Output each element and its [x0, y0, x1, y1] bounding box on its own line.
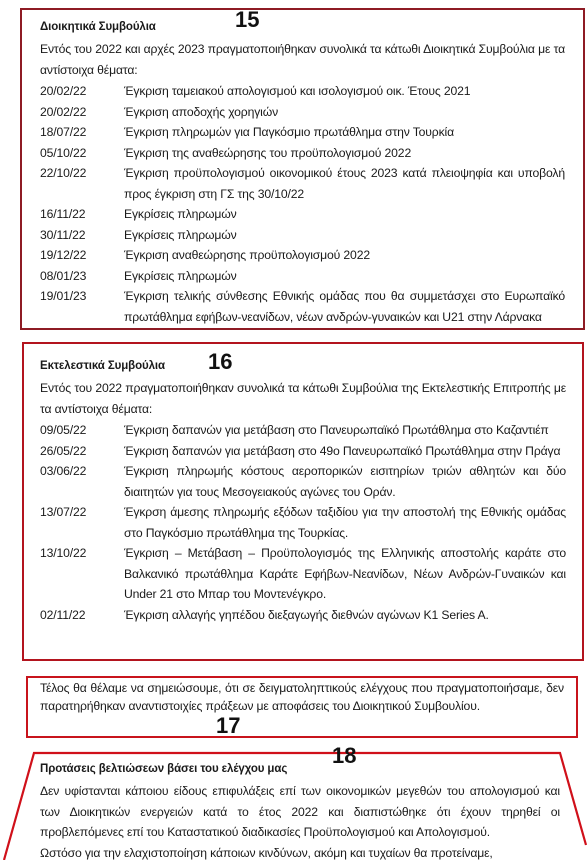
- meeting-entry: 19/01/23Έγκριση τελικής σύνθεσης Εθνικής…: [40, 286, 565, 327]
- meeting-entry: 26/05/22Έγκριση δαπανών για μετάβαση στο…: [40, 441, 566, 462]
- meeting-entry: 13/07/22Έγκρση άμεσης πληρωμής εξόδων τα…: [40, 502, 566, 543]
- meeting-date: 30/11/22: [40, 225, 124, 246]
- meeting-entry: 08/01/23Εγκρίσεις πληρωμών: [40, 266, 565, 287]
- meeting-subject: Έγκριση αλλαγής γηπέδου διεξαγωγής διεθν…: [124, 605, 566, 626]
- meeting-entry: 30/11/22Εγκρίσεις πληρωμών: [40, 225, 565, 246]
- meeting-entry: 22/10/22Έγκριση προϋπολογισμού οικονομικ…: [40, 163, 565, 204]
- meeting-entry: 09/05/22Έγκριση δαπανών για μετάβαση στο…: [40, 420, 566, 441]
- section-15-intro: Εντός του 2022 και αρχές 2023 πραγματοπο…: [40, 39, 565, 80]
- meeting-entry: 19/12/22Έγκριση αναθεώρησης προϋπολογισμ…: [40, 245, 565, 266]
- meeting-date: 20/02/22: [40, 81, 124, 102]
- meeting-date: 19/12/22: [40, 245, 124, 266]
- meeting-subject: Έγκριση της αναθεώρησης του προϋπολογισμ…: [124, 143, 565, 164]
- meeting-date: 09/05/22: [40, 420, 124, 441]
- meeting-subject: Έγκριση πληρωμών για Παγκόσμιο πρωτάθλημ…: [124, 122, 565, 143]
- meeting-subject: Έγκριση αποδοχής χορηγιών: [124, 102, 565, 123]
- meeting-subject: Έγκρση άμεσης πληρωμής εξόδων ταξιδίου γ…: [124, 502, 566, 543]
- meeting-subject: Εγκρίσεις πληρωμών: [124, 225, 565, 246]
- section-15-number: 15: [235, 9, 259, 31]
- section-18-number: 18: [332, 745, 356, 767]
- meeting-subject: Έγκριση δαπανών για μετάβαση στο 49ο Παν…: [124, 441, 566, 462]
- meeting-entry: 13/10/22Έγκριση – Μετάβαση – Προϋπολογισ…: [40, 543, 566, 605]
- meeting-date: 22/10/22: [40, 163, 124, 204]
- section-18-continuation: Ωστόσο για την ελαχιστοποίηση κάποιων κι…: [40, 843, 560, 860]
- meeting-entry: 18/07/22Έγκριση πληρωμών για Παγκόσμιο π…: [40, 122, 565, 143]
- meeting-subject: Έγκριση δαπανών για μετάβαση στο Πανευρω…: [124, 420, 566, 441]
- meeting-date: 08/01/23: [40, 266, 124, 287]
- section-18-paragraph: Δεν υφίστανται κάποιου είδους επιφυλάξει…: [40, 781, 560, 843]
- section-16-intro: Εντός του 2022 πραγματοποιήθηκαν συνολικ…: [40, 378, 566, 419]
- meeting-date: 19/01/23: [40, 286, 124, 327]
- meeting-entry: 20/02/22Έγκριση ταμειακού απολογισμού κα…: [40, 81, 565, 102]
- section-17-note: Τέλος θα θέλαμε να σημειώσουμε, ότι σε δ…: [26, 676, 578, 738]
- section-15-heading: Διοικητικά Συμβούλια: [40, 21, 156, 33]
- meeting-subject: Εγκρίσεις πληρωμών: [124, 266, 565, 287]
- meeting-subject: Έγκριση – Μετάβαση – Προϋπολογισμός της …: [124, 543, 566, 605]
- meeting-date: 13/07/22: [40, 502, 124, 543]
- section-18-heading: Προτάσεις βελτιώσεων βάσει του ελέγχου μ…: [40, 763, 287, 775]
- meeting-date: 05/10/22: [40, 143, 124, 164]
- meeting-subject: Έγκριση τελικής σύνθεσης Εθνικής ομάδας …: [124, 286, 565, 327]
- meeting-date: 26/05/22: [40, 441, 124, 462]
- meeting-entry: 02/11/22Έγκριση αλλαγής γηπέδου διεξαγωγ…: [40, 605, 566, 626]
- section-16-executive-meetings: Εκτελεστικά Συμβούλια 16 Εντός του 2022 …: [22, 342, 584, 661]
- meeting-date: 20/02/22: [40, 102, 124, 123]
- meeting-subject: Έγκριση ταμειακού απολογισμού και ισολογ…: [124, 81, 565, 102]
- meeting-date: 02/11/22: [40, 605, 124, 626]
- meeting-date: 16/11/22: [40, 204, 124, 225]
- meeting-subject: Έγκριση προϋπολογισμού οικονομικού έτους…: [124, 163, 565, 204]
- section-16-heading: Εκτελεστικά Συμβούλια: [40, 360, 165, 372]
- meeting-subject: Έγκριση αναθεώρησης προϋπολογισμού 2022: [124, 245, 565, 266]
- section-15-board-meetings: Διοικητικά Συμβούλια 15 Εντός του 2022 κ…: [20, 8, 585, 330]
- meeting-entry: 05/10/22Έγκριση της αναθεώρησης του προϋ…: [40, 143, 565, 164]
- section-15-entries: 20/02/22Έγκριση ταμειακού απολογισμού κα…: [40, 81, 565, 327]
- meeting-date: 18/07/22: [40, 122, 124, 143]
- meeting-subject: Εγκρίσεις πληρωμών: [124, 204, 565, 225]
- section-16-entries: 09/05/22Έγκριση δαπανών για μετάβαση στο…: [40, 420, 566, 625]
- meeting-date: 03/06/22: [40, 461, 124, 502]
- meeting-entry: 03/06/22Έγκριση πληρωμής κόστους αεροπορ…: [40, 461, 566, 502]
- meeting-date: 13/10/22: [40, 543, 124, 605]
- meeting-entry: 16/11/22Εγκρίσεις πληρωμών: [40, 204, 565, 225]
- section-17-text: Τέλος θα θέλαμε να σημειώσουμε, ότι σε δ…: [40, 679, 564, 715]
- meeting-entry: 20/02/22Έγκριση αποδοχής χορηγιών: [40, 102, 565, 123]
- section-16-number: 16: [208, 351, 232, 373]
- section-17-number: 17: [216, 715, 240, 737]
- meeting-subject: Έγκριση πληρωμής κόστους αεροπορικών εισ…: [124, 461, 566, 502]
